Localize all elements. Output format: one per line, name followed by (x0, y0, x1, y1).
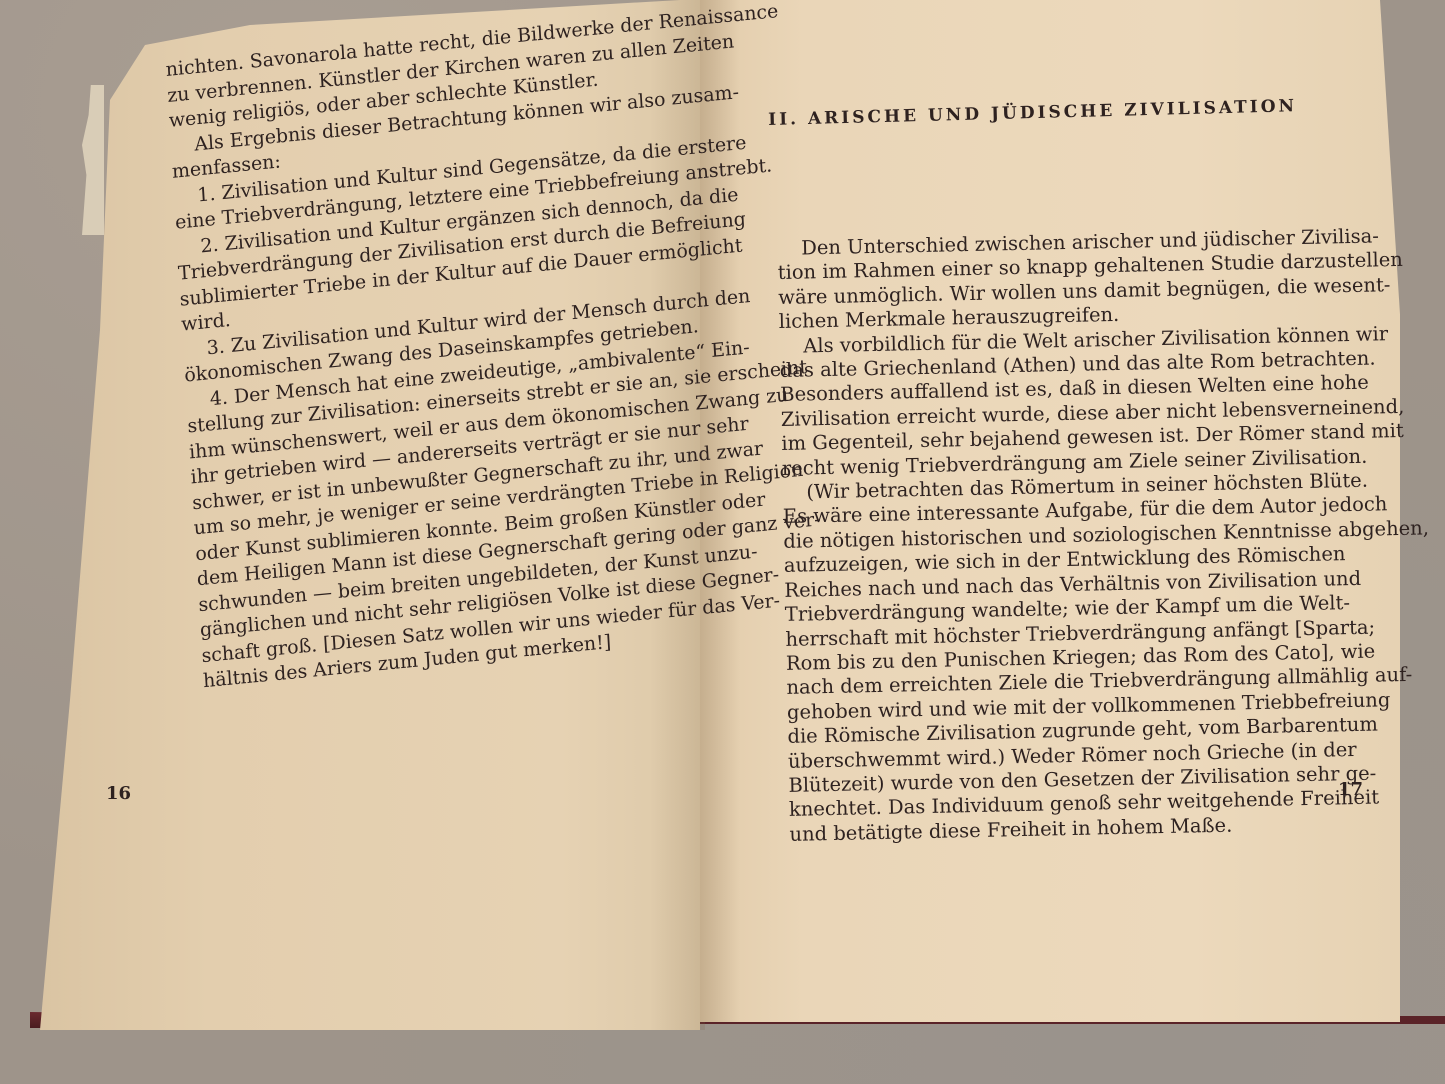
page-number-left: 16 (106, 783, 131, 804)
right-page-body: Den Unterschied zwischen arischer und jü… (777, 226, 1338, 847)
left-page-body: nichten. Savonarola hatte recht, die Bil… (165, 11, 690, 694)
page-number-right: 17 (1338, 779, 1363, 800)
